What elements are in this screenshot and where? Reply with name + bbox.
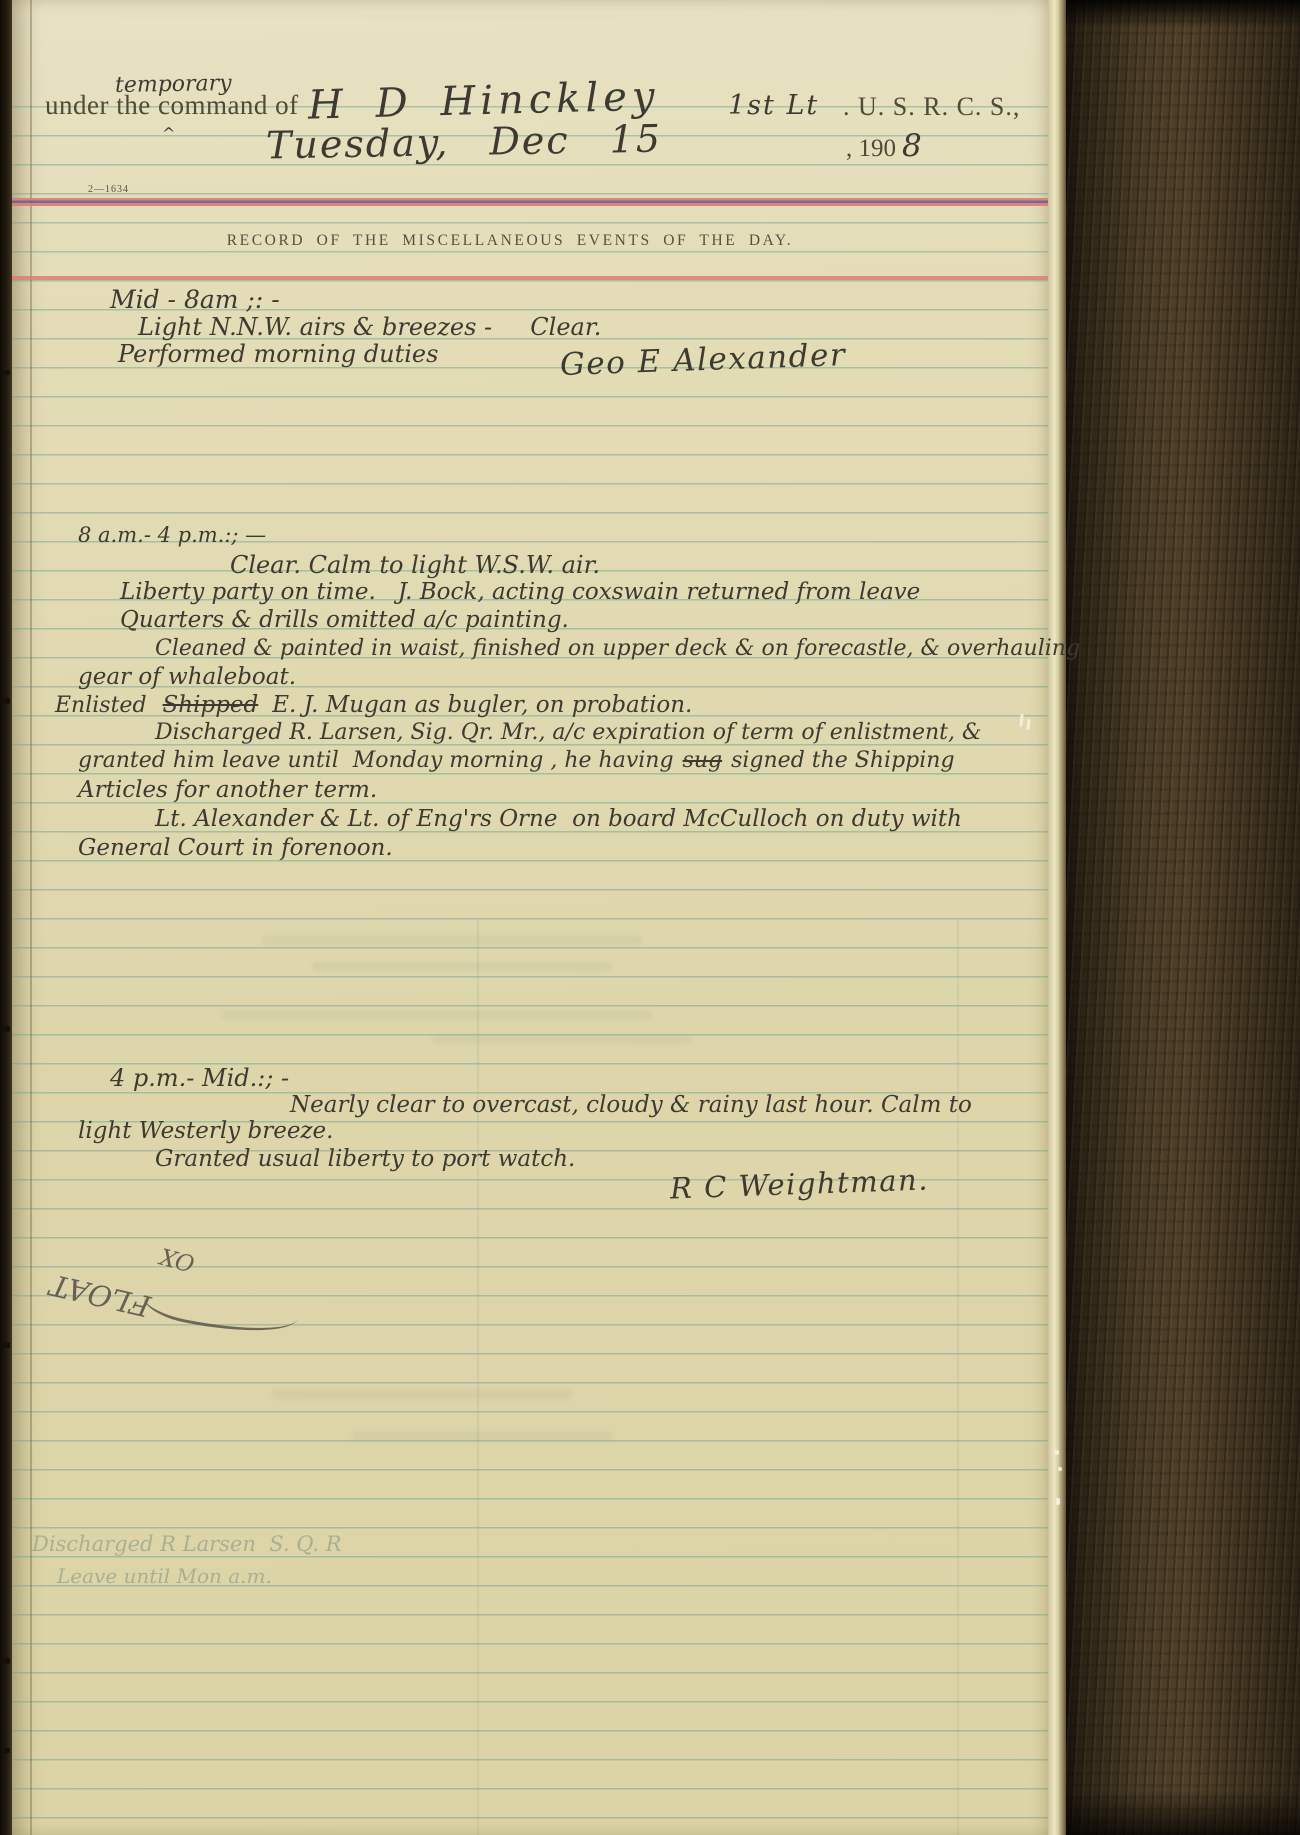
bleed-smudge bbox=[312, 962, 612, 971]
form-number: 2—1634 bbox=[88, 184, 129, 195]
margin-note-enlisted: Enlisted bbox=[55, 693, 147, 718]
faint-pencil-note-1: Discharged R Larsen S. Q. R bbox=[32, 1532, 342, 1556]
watch2-enlistment-line: Enlisted Shipped E. J. Mugan as bugler, … bbox=[55, 692, 692, 718]
red-rule-top bbox=[12, 198, 1048, 206]
watch2-painting-line: Cleaned & painted in waist, finished on … bbox=[155, 636, 1080, 661]
year-digit-handwritten: 8 bbox=[902, 128, 922, 164]
page-right-edge bbox=[1048, 0, 1066, 1835]
struck-word-shipped: Shipped bbox=[163, 692, 259, 718]
pencil-mark-upside-down-1: OX bbox=[157, 1242, 197, 1276]
stitch-mark bbox=[2, 1342, 10, 1348]
logbook-page: temporary under the command of ^ H D Hin… bbox=[12, 0, 1048, 1835]
watch2-quarters-line: Quarters & drills omitted a/c painting. bbox=[120, 607, 569, 633]
watch1-signature: Geo E Alexander bbox=[559, 337, 846, 383]
watch2-court-line2: General Court in forenoon. bbox=[78, 835, 393, 861]
watch2-discharge-line: Discharged R. Larsen, Sig. Qr. Mr., a/c … bbox=[155, 720, 982, 745]
watch2-discharge-line3: Articles for another term. bbox=[78, 777, 377, 803]
paper-speck bbox=[1054, 1450, 1059, 1455]
struck-word-sug: sug bbox=[683, 748, 723, 773]
watch1-duties: Performed morning duties bbox=[118, 340, 438, 368]
bleed-line-vertical bbox=[957, 920, 959, 1835]
bleed-smudge bbox=[262, 936, 642, 945]
pencil-underline-flourish bbox=[141, 1285, 299, 1343]
pencil-mark-upside-down-2: FLOAT bbox=[47, 1268, 154, 1324]
paper-speck bbox=[1058, 1467, 1062, 1471]
stitch-mark bbox=[4, 1748, 10, 1753]
watch3-weather: Nearly clear to overcast, cloudy & rainy… bbox=[290, 1092, 972, 1118]
watch2-liberty-line: Liberty party on time. J. Bock, acting c… bbox=[120, 579, 920, 605]
book-cover-right bbox=[1066, 0, 1300, 1835]
watch2-court-line: Lt. Alexander & Lt. of Eng'rs Orne on bo… bbox=[155, 806, 962, 832]
stitch-mark bbox=[3, 370, 10, 375]
logbook-photo: temporary under the command of ^ H D Hin… bbox=[0, 0, 1300, 1835]
watch3-heading: 4 p.m.- Mid.:; - bbox=[110, 1064, 289, 1092]
page-title: RECORD OF THE MISCELLANEOUS EVENTS OF TH… bbox=[12, 232, 1008, 250]
stitch-mark bbox=[2, 698, 10, 704]
printed-command-text: under the command of bbox=[45, 90, 299, 121]
watch1-heading: Mid - 8am ;: - bbox=[110, 285, 280, 314]
watch2-weather: Clear. Calm to light W.S.W. air. bbox=[230, 551, 600, 579]
watch1-weather: Light N.N.W. airs & breezes - Clear. bbox=[138, 313, 601, 341]
rank-handwritten: 1st Lt bbox=[728, 90, 819, 121]
red-rule-bottom bbox=[12, 276, 1048, 280]
year-line: , 190 8 bbox=[846, 128, 922, 164]
watch2-painting-line2: gear of whaleboat. bbox=[78, 664, 296, 690]
watch2-discharge-line2: granted him leave until Monday morning ,… bbox=[78, 748, 955, 773]
watch3-weather2: light Westerly breeze. bbox=[78, 1118, 333, 1144]
watch3-signature: R C Weightman. bbox=[669, 1162, 929, 1205]
service-abbreviation: . U. S. R. C. S., bbox=[843, 92, 1020, 122]
watch2-heading: 8 a.m.- 4 p.m.:; — bbox=[78, 523, 266, 547]
watch3-liberty-line: Granted usual liberty to port watch. bbox=[155, 1146, 575, 1172]
caret-mark: ^ bbox=[162, 124, 175, 143]
bleed-smudge bbox=[432, 1035, 692, 1044]
bleed-smudge bbox=[352, 1432, 612, 1441]
stitch-mark bbox=[3, 1658, 10, 1664]
binding-left-edge bbox=[0, 0, 12, 1835]
faint-pencil-note-2: Leave until Mon a.m. bbox=[57, 1564, 272, 1588]
discharge2-text-b: signed the Shipping bbox=[731, 748, 954, 773]
bleed-smudge bbox=[272, 1390, 572, 1399]
paper-speck bbox=[1056, 1498, 1060, 1505]
year-printed: , 190 bbox=[846, 135, 896, 163]
bleed-line-vertical bbox=[477, 920, 479, 1835]
date-entry: Tuesday, Dec 15 bbox=[266, 117, 663, 168]
enlistment-text: E. J. Mugan as bugler, on probation. bbox=[272, 692, 692, 718]
discharge2-text-a: granted him leave until Monday morning ,… bbox=[78, 748, 674, 773]
stitch-mark bbox=[3, 1026, 10, 1032]
bleed-smudge bbox=[222, 1010, 652, 1019]
